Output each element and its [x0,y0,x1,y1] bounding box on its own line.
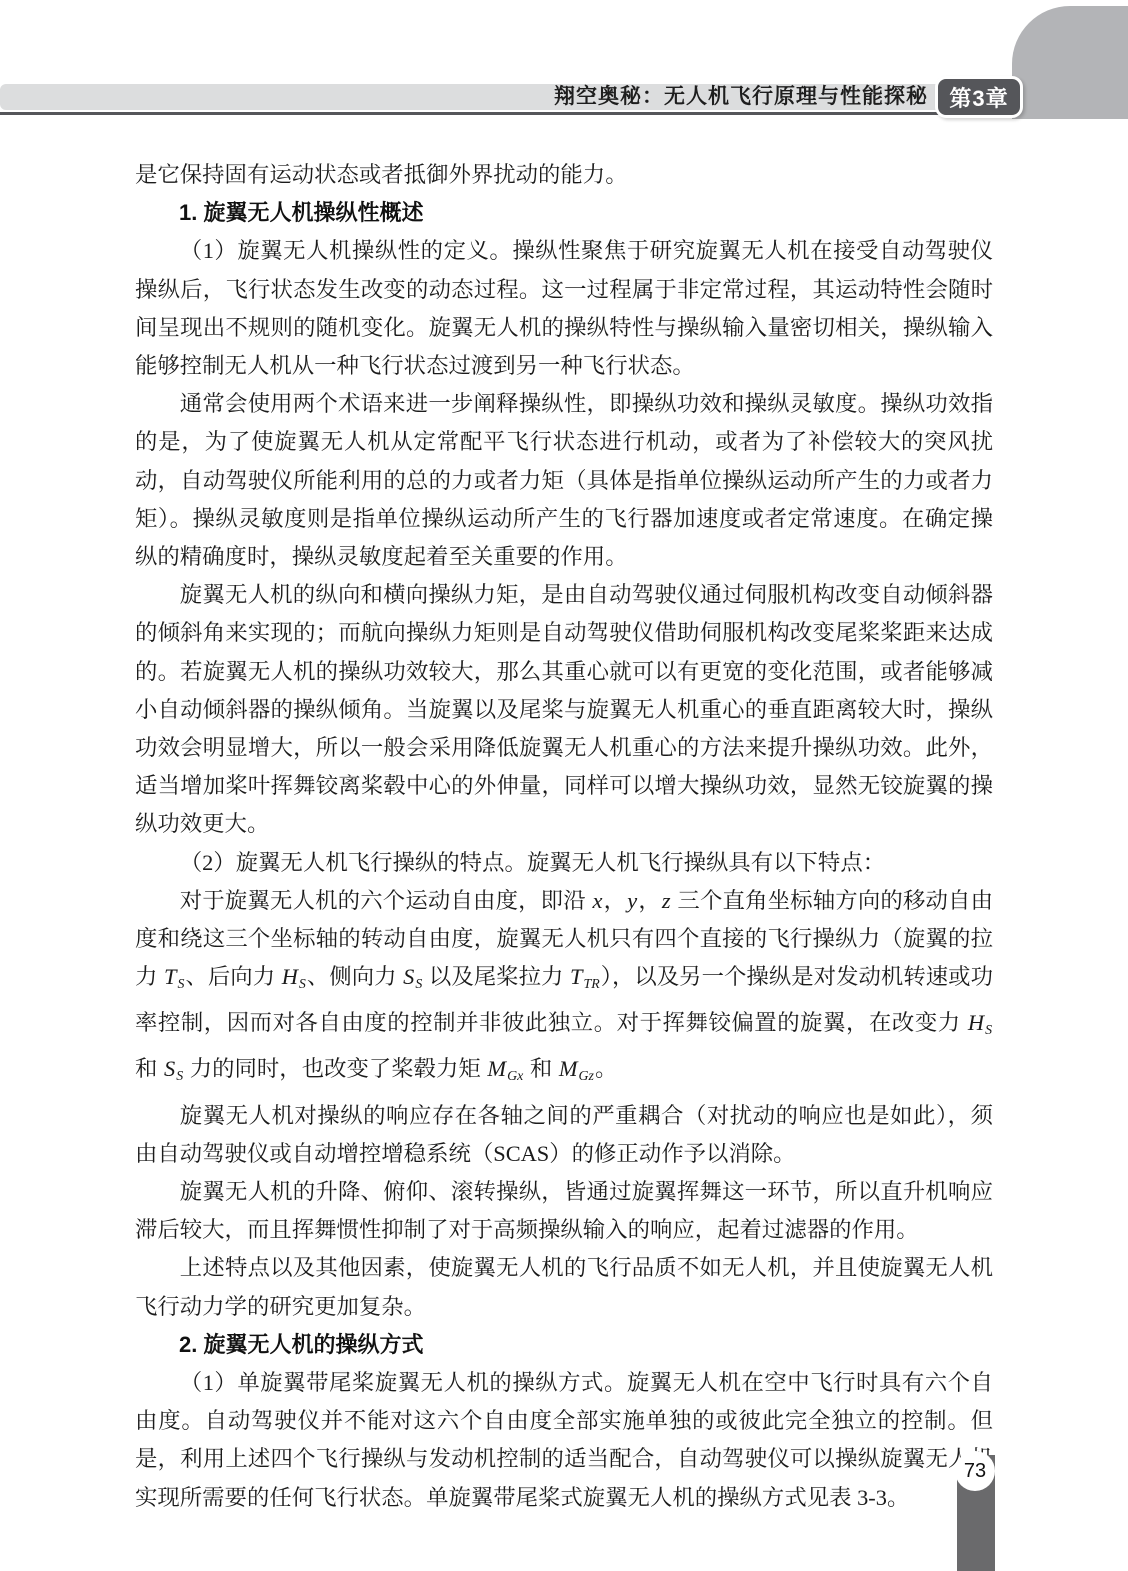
book-page: { "header": { "title": "翔空奥秘：无人机飞行原理与性能探… [0,0,1128,1571]
math-subscript: S [299,977,307,992]
paragraph: （1）单旋翼带尾桨旋翼无人机的操纵方式。旋翼无人机在空中飞行时具有六个自由度。自… [135,1364,993,1517]
paragraph: 对于旋翼无人机的六个运动自由度，即沿 x，y，z 三个直角坐标轴方向的移动自由度… [135,882,993,1097]
header-rule [0,112,944,115]
math-subscript: Gx [507,1069,524,1084]
paragraph: （1）旋翼无人机操纵性的定义。操纵性聚焦于研究旋翼无人机在接受自动驾驶仪操纵后，… [135,232,993,385]
page-number-circle: 73 [955,1451,995,1491]
math-subscript: S [176,1069,184,1084]
math-variable: S [163,1056,176,1081]
content: 是它保持固有运动状态或者抵御外界扰动的能力。1. 旋翼无人机操纵性概述（1）旋翼… [135,156,993,1517]
chapter-badge: 第3章 [935,76,1023,118]
math-variable: H [281,964,299,989]
math-variable: H [967,1010,985,1035]
math-subscript: S [415,977,423,992]
math-variable: T [163,964,177,989]
math-variable: S [402,964,415,989]
paragraph: 旋翼无人机的升降、俯仰、滚转操纵，皆通过旋翼挥舞这一环节，所以直升机响应滞后较大… [135,1173,993,1249]
running-head-title: 翔空奥秘：无人机飞行原理与性能探秘 [554,84,928,110]
paragraph: 是它保持固有运动状态或者抵御外界扰动的能力。 [135,156,993,194]
math-variable: T [569,964,583,989]
math-subscript: S [178,977,186,992]
chapter-badge-label: 第3章 [949,82,1008,113]
math-variable: z [661,888,672,913]
math-subscript: S [985,1023,993,1038]
paragraph: 旋翼无人机的纵向和横向操纵力矩，是由自动驾驶仪通过伺服机构改变自动倾斜器的倾斜角… [135,576,993,843]
paragraph: 通常会使用两个术语来进一步阐释操纵性，即操纵功效和操纵灵敏度。操纵功效指的是，为… [135,385,993,576]
math-subscript: TR [584,977,601,992]
math-variable: y [626,888,638,913]
math-variable: M [558,1056,579,1081]
section-heading: 1. 旋翼无人机操纵性概述 [135,194,993,232]
math-variable: x [592,888,604,913]
corner-decoration [1012,6,1128,119]
page-number: 73 [964,1460,986,1483]
paragraph: （2）旋翼无人机飞行操纵的特点。旋翼无人机飞行操纵具有以下特点： [135,844,993,882]
math-subscript: Gz [579,1069,595,1084]
section-heading: 2. 旋翼无人机的操纵方式 [135,1326,993,1364]
math-variable: M [486,1056,507,1081]
paragraph: 旋翼无人机对操纵的响应存在各轴之间的严重耦合（对扰动的响应也是如此），须由自动驾… [135,1097,993,1173]
paragraph: 上述特点以及其他因素，使旋翼无人机的飞行品质不如无人机，并且使旋翼无人机飞行动力… [135,1249,993,1325]
